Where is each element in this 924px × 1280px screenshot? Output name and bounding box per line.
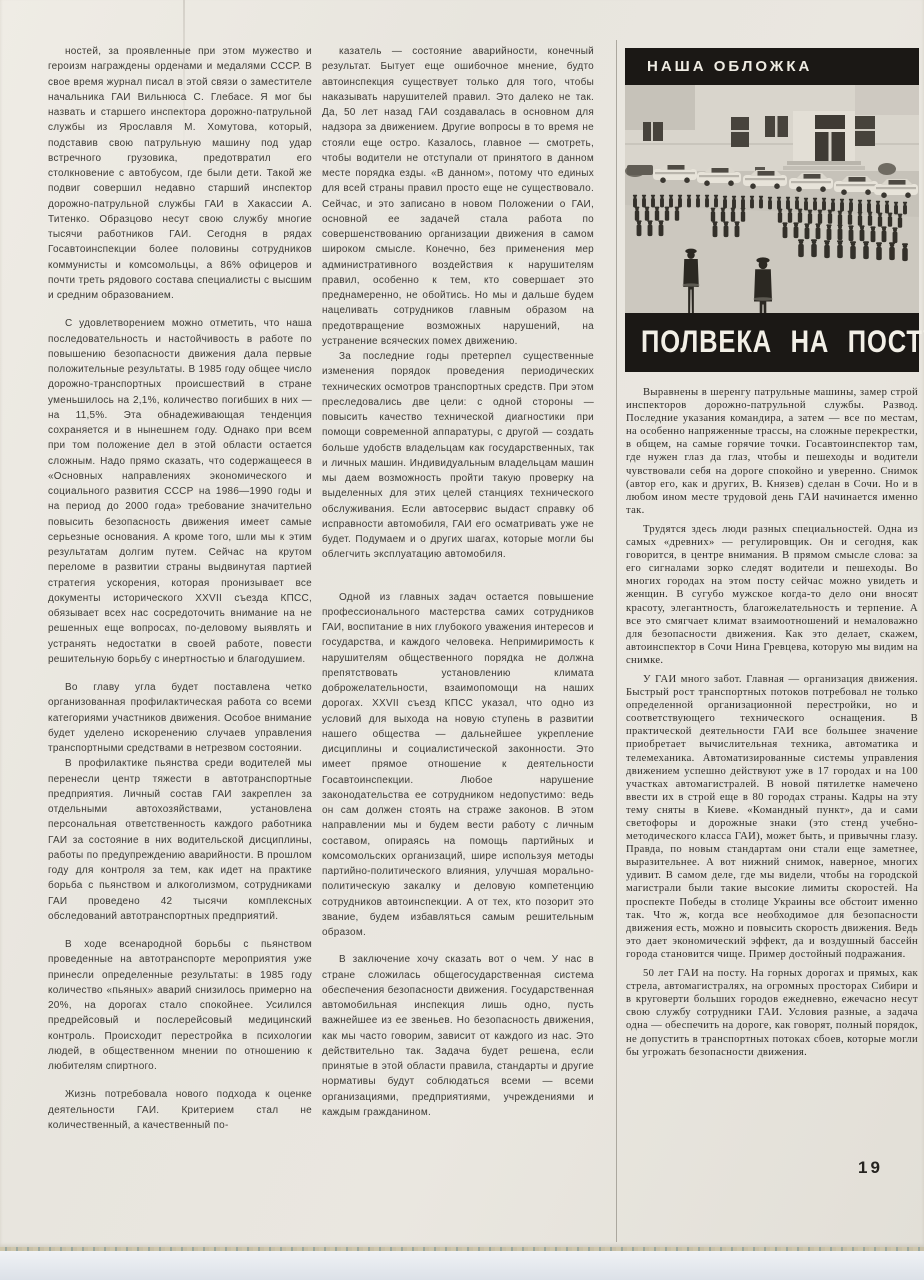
article-column-right: Выравнены в шеренгу патрульные машины, з… xyxy=(626,386,918,1059)
article-column-left: ностей, за проявленные при этом мужество… xyxy=(48,44,312,1133)
paragraph: В профилактике пьянства среди водителей … xyxy=(48,756,312,924)
magazine-page: ностей, за проявленные при этом мужество… xyxy=(0,0,924,1247)
page-number: 19 xyxy=(858,1158,883,1178)
section-kicker-bar: НАША ОБЛОЖКА xyxy=(625,48,919,85)
paragraph: Во главу угла будет поставлена четко орг… xyxy=(48,680,312,756)
paragraph: 50 лет ГАИ на посту. На горных дорогах и… xyxy=(626,967,918,1059)
paragraph: ностей, за проявленные при этом мужество… xyxy=(48,44,312,303)
article-title: ПОЛВЕКА НА ПОСТУ xyxy=(641,324,924,360)
paragraph: Одной из главных задач остается повышени… xyxy=(322,590,594,941)
paragraph: казатель — состояние аварийности, конечн… xyxy=(322,44,594,349)
article-column-middle: казатель — состояние аварийности, конечн… xyxy=(322,44,594,1120)
desk-background xyxy=(0,1251,924,1280)
paragraph: Трудятся здесь люди разных специальносте… xyxy=(626,523,918,667)
paragraph: Выравнены в шеренгу патрульные машины, з… xyxy=(626,386,918,517)
paragraph: За последние годы претерпел существенные… xyxy=(322,349,594,563)
paragraph: С удовлетворением можно отметить, что на… xyxy=(48,316,312,667)
cover-photo-illustration xyxy=(625,85,919,313)
article-title-bar: ПОЛВЕКА НА ПОСТУ xyxy=(625,313,919,372)
section-kicker-label: НАША ОБЛОЖКА xyxy=(647,58,812,75)
paragraph: В заключение хочу сказать вот о чем. У н… xyxy=(322,952,594,1120)
cover-photo xyxy=(625,85,919,313)
paragraph: У ГАИ много забот. Главная — организация… xyxy=(626,673,918,961)
paragraph: В ходе всенародной борьбы с пьянством пр… xyxy=(48,937,312,1074)
paragraph: Жизнь потребовала нового подхода к оценк… xyxy=(48,1087,312,1133)
photo-entrance xyxy=(783,111,865,170)
column-divider xyxy=(616,40,617,1242)
